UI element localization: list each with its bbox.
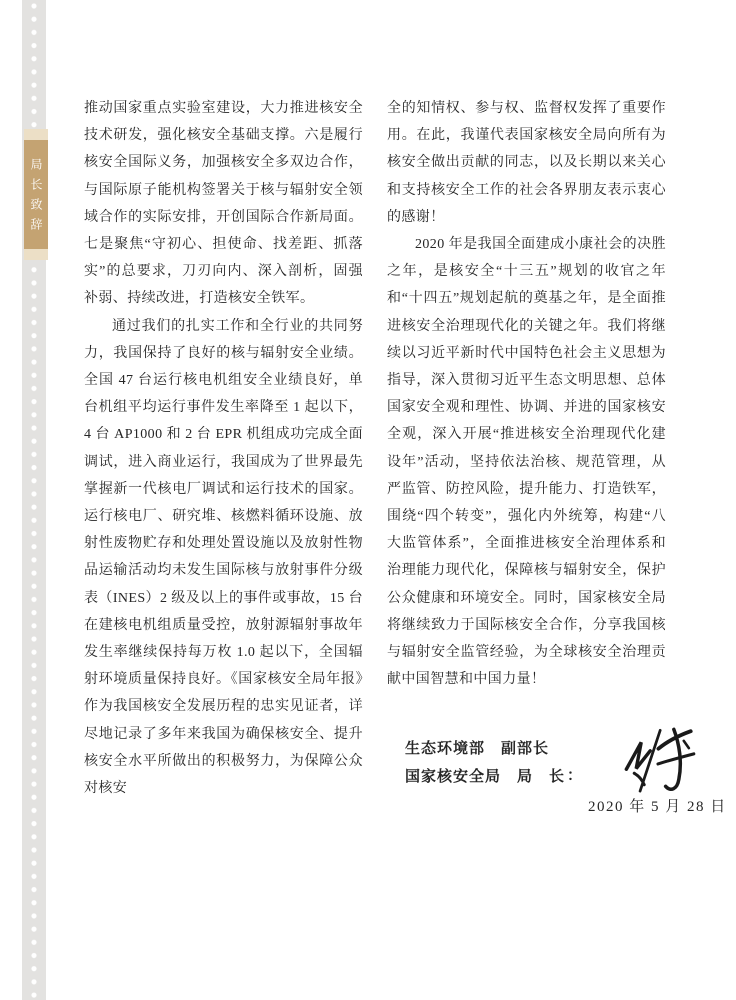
signature-org-titles: 生态环境部 副部长 国家核安全局 局 长 (405, 723, 565, 786)
signature-colon: ： (567, 754, 582, 785)
handwritten-signature-icon (612, 721, 703, 803)
paragraph: 推动国家重点实验室建设，大力推进核安全技术研发，强化核安全基础支撑。六是履行核安… (84, 95, 363, 313)
signature-block: 生态环境部 副部长 国家核安全局 局 长 ： (405, 723, 666, 816)
paragraph: 通过我们的扎实工作和全行业的共同努力，我国保持了良好的核与辐射安全业绩。全国 4… (84, 313, 363, 803)
article-column-left: 推动国家重点实验室建设，大力推进核安全技术研发，强化核安全基础支撑。六是履行核安… (84, 95, 363, 816)
chapter-tab-label: 局长致辞 (30, 152, 42, 238)
signature-org-line-1: 生态环境部 副部长 (405, 737, 565, 758)
document-page: 局长致辞 推动国家重点实验室建设，大力推进核安全技术研发，强化核安全基础支撑。六… (0, 0, 736, 1000)
chapter-tab: 局长致辞 (24, 129, 48, 260)
signature-and-date: 2020 年 5 月 28 日 (588, 723, 727, 816)
chapter-tab-core: 局长致辞 (24, 140, 48, 249)
signature-org-line-2: 国家核安全局 局 长 (405, 765, 565, 786)
paragraph: 全的知情权、参与权、监督权发挥了重要作用。在此，我谨代表国家核安全局向所有为核安… (387, 95, 666, 231)
paragraph: 2020 年是我国全面建成小康社会的决胜之年，是核安全“十三五”规划的收官之年和… (387, 231, 666, 693)
article-body: 推动国家重点实验室建设，大力推进核安全技术研发，强化核安全基础支撑。六是履行核安… (84, 95, 666, 816)
article-column-right: 全的知情权、参与权、监督权发挥了重要作用。在此，我谨代表国家核安全局向所有为核安… (387, 95, 666, 816)
